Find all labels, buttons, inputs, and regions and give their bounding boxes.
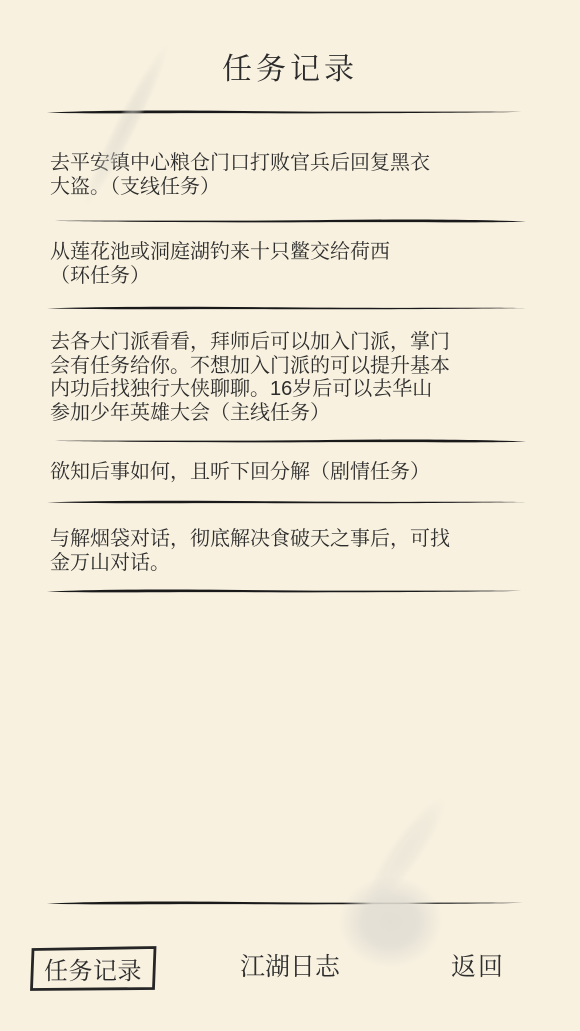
divider-line: [45, 218, 528, 225]
task-text: 与解烟袋对话，彻底解决食破天之事后，可找: [50, 528, 540, 552]
task-text: 去平安镇中心粮仓门口打败官兵后回复黑衣: [50, 152, 540, 176]
divider-line: [45, 499, 528, 506]
task-text: 欲知后事如何，且听下回分解（剧情任务）: [50, 461, 540, 485]
back-button[interactable]: 返回: [450, 952, 506, 982]
task-text: 大盗。（支线任务）: [50, 176, 540, 200]
page-title: 任务记录: [0, 52, 580, 88]
quest-log-screen: 任务记录 去平安镇中心粮仓门口打败官兵后回复黑衣 大盗。（支线任务） 从莲花池或…: [0, 0, 580, 1031]
task-item: 与解烟袋对话，彻底解决食破天之事后，可找 金万山对话。: [50, 528, 540, 575]
watermark-smudge: [60, 14, 192, 236]
task-text: 去各大门派看看，拜师后可以加入门派，掌门: [50, 331, 540, 355]
divider-line: [45, 588, 528, 595]
task-item: 去各大门派看看，拜师后可以加入门派，掌门 会有任务给你。不想加入门派的可以提升基…: [50, 331, 540, 425]
divider-line: [45, 109, 528, 116]
task-item: 从莲花池或洞庭湖钓来十只鳖交给荷西 （环任务）: [50, 241, 540, 288]
task-item: 去平安镇中心粮仓门口打败官兵后回复黑衣 大盗。（支线任务）: [50, 152, 540, 199]
task-item: 欲知后事如何，且听下回分解（剧情任务）: [50, 461, 540, 485]
task-text: 内功后找独行大侠聊聊。16岁后可以去华山: [50, 378, 540, 402]
task-text: （环任务）: [50, 265, 540, 289]
task-text: 金万山对话。: [50, 552, 540, 576]
divider-line: [45, 305, 528, 312]
bottom-nav: 任务记录 江湖日志 返回: [0, 930, 580, 1010]
divider-line: [45, 900, 530, 907]
watermark-smudge: [340, 772, 470, 934]
divider-line: [45, 438, 528, 445]
task-text: 从莲花池或洞庭湖钓来十只鳖交给荷西: [50, 241, 540, 265]
task-text: 会有任务给你。不想加入门派的可以提升基本: [50, 355, 540, 379]
task-text: 参加少年英雄大会（主线任务）: [50, 402, 540, 426]
